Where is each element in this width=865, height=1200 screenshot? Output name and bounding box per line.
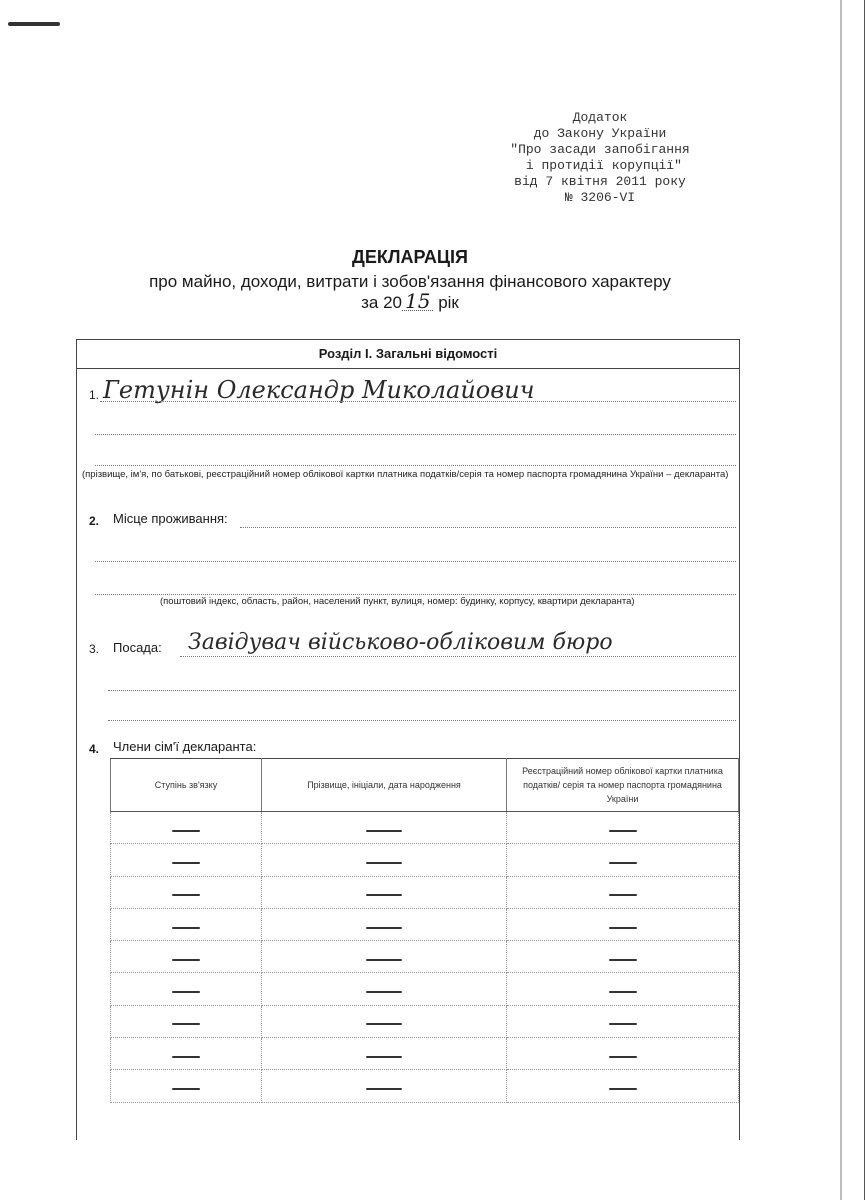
cell-tax-id: [507, 1005, 739, 1037]
appendix-line: "Про засади запобігання: [470, 142, 730, 158]
cell-relation: [111, 1038, 262, 1070]
dash-mark: [172, 1023, 200, 1025]
appendix-line: № 3206-VI: [470, 190, 730, 206]
cell-relation: [111, 1070, 262, 1102]
dash-mark: [172, 894, 200, 896]
dash-mark: [609, 1088, 637, 1090]
declarant-name: Гетунін Олександр Миколайович: [103, 376, 535, 404]
dash-mark: [609, 862, 637, 864]
residence-line: [95, 594, 736, 595]
field-line: [95, 434, 736, 435]
dash-mark: [609, 927, 637, 929]
item-1-number: 1.: [89, 388, 99, 402]
dash-mark: [172, 1088, 200, 1090]
cell-tax-id: [507, 908, 739, 940]
dash-mark: [366, 959, 402, 961]
residence-label: Місце проживання:: [113, 511, 228, 526]
cell-tax-id: [507, 941, 739, 973]
cell-name: [262, 908, 507, 940]
dash-mark: [609, 1023, 637, 1025]
residence-line: [95, 561, 736, 562]
position-label: Посада:: [113, 640, 162, 655]
residence-line: [240, 527, 736, 528]
dash-mark: [609, 894, 637, 896]
declaration-year: за 2015 рік: [0, 292, 820, 313]
dash-mark: [366, 991, 402, 993]
cell-relation: [111, 973, 262, 1005]
year-handwritten: 15: [402, 292, 433, 311]
appendix-line: Додаток: [470, 110, 730, 126]
item-3-number: 3.: [89, 642, 99, 656]
cell-name: [262, 1038, 507, 1070]
col-tax-id: Реєстраційний номер облікової картки пла…: [507, 759, 739, 812]
dash-mark: [172, 1056, 200, 1058]
dash-mark: [609, 959, 637, 961]
position-line: [108, 690, 736, 691]
appendix-line: і протидії корупції": [470, 158, 730, 174]
dash-mark: [366, 830, 402, 832]
scan-mark: [8, 22, 60, 26]
family-label: Члени сім'ї декларанта:: [113, 739, 256, 754]
table-row: [111, 1038, 739, 1070]
table-row: [111, 812, 739, 844]
family-members-table: Ступінь зв'язку Прізвище, ініціали, дата…: [110, 758, 739, 1103]
cell-relation: [111, 844, 262, 876]
item-1-caption: (прізвище, ім'я, по батькові, реєстрацій…: [82, 469, 728, 480]
cell-name: [262, 844, 507, 876]
cell-tax-id: [507, 973, 739, 1005]
table-row: [111, 941, 739, 973]
dash-mark: [366, 862, 402, 864]
field-line: [100, 401, 736, 402]
dash-mark: [609, 991, 637, 993]
dash-mark: [172, 830, 200, 832]
col-relation: Ступінь зв'язку: [111, 759, 262, 812]
dash-mark: [609, 830, 637, 832]
position-line: [108, 720, 736, 721]
table-row: [111, 908, 739, 940]
table-row: [111, 876, 739, 908]
item-4-number: 4.: [89, 742, 99, 756]
document-title: ДЕКЛАРАЦІЯ: [0, 247, 820, 268]
section-heading: Розділ І. Загальні відомості: [77, 340, 739, 369]
dash-mark: [366, 894, 402, 896]
cell-relation: [111, 941, 262, 973]
cell-name: [262, 941, 507, 973]
dash-mark: [172, 927, 200, 929]
position-line: [180, 656, 736, 657]
cell-name: [262, 973, 507, 1005]
table-row: [111, 973, 739, 1005]
cell-name: [262, 1070, 507, 1102]
cell-tax-id: [507, 876, 739, 908]
dash-mark: [172, 991, 200, 993]
table-row: [111, 1070, 739, 1102]
cell-tax-id: [507, 1070, 739, 1102]
appendix-line: до Закону України: [470, 126, 730, 142]
table-row: [111, 844, 739, 876]
cell-name: [262, 1005, 507, 1037]
dash-mark: [609, 1056, 637, 1058]
table-header-row: Ступінь зв'язку Прізвище, ініціали, дата…: [111, 759, 739, 812]
table-row: [111, 1005, 739, 1037]
cell-relation: [111, 812, 262, 844]
dash-mark: [172, 959, 200, 961]
cell-tax-id: [507, 844, 739, 876]
cell-tax-id: [507, 812, 739, 844]
field-line: [95, 465, 736, 466]
col-name-dob: Прізвище, ініціали, дата народження: [262, 759, 507, 812]
cell-tax-id: [507, 1038, 739, 1070]
cell-name: [262, 812, 507, 844]
cell-relation: [111, 1005, 262, 1037]
cell-relation: [111, 876, 262, 908]
dash-mark: [366, 927, 402, 929]
year-suffix: рік: [438, 293, 459, 312]
year-prefix: за 20: [361, 293, 402, 312]
item-2-caption: (поштовий індекс, область, район, населе…: [160, 596, 635, 607]
appendix-note: Додатокдо Закону України"Про засади запо…: [470, 110, 730, 206]
position-value: Завідувач військово-обліковим бюро: [188, 630, 613, 655]
dash-mark: [366, 1023, 402, 1025]
appendix-line: від 7 квітня 2011 року: [470, 174, 730, 190]
page-edge: [840, 0, 842, 1200]
cell-relation: [111, 908, 262, 940]
cell-name: [262, 876, 507, 908]
dash-mark: [366, 1056, 402, 1058]
dash-mark: [366, 1088, 402, 1090]
dash-mark: [172, 862, 200, 864]
item-2-number: 2.: [89, 514, 99, 528]
